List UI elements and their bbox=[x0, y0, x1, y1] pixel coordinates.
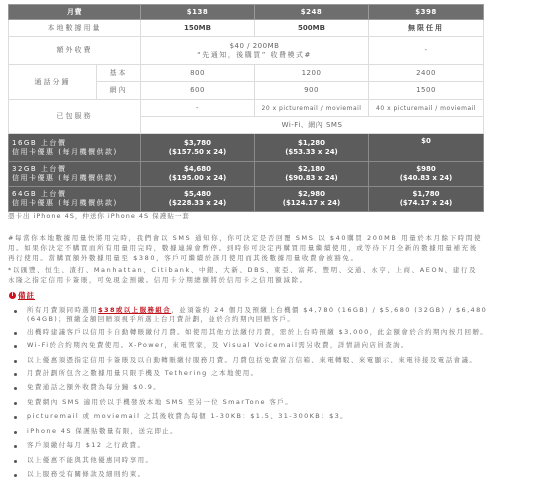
local-data-248: 500MB bbox=[255, 20, 369, 37]
remark-text: 所有月費須同時選用 bbox=[27, 306, 98, 314]
talk-intra-138: 600 bbox=[141, 82, 255, 100]
remark-item: iPhone 4S 保護貼數量有限，送完即止。 bbox=[0, 427, 490, 436]
remark-item: Wi-Fi於合約期內免費使用。X-Power，來電管家，及 Visual Voi… bbox=[0, 341, 490, 350]
remarks-heading: i 備註 bbox=[9, 290, 35, 301]
local-data-label: 本地數據用量 bbox=[9, 20, 141, 37]
talk-minutes-label: 通話分鐘 bbox=[9, 65, 97, 100]
price-total: $4,680 bbox=[141, 165, 254, 174]
talk-intra-398: 1500 bbox=[369, 82, 484, 100]
included-row: 已包服務 - 20 x picturemail / moviemail 40 x… bbox=[9, 100, 484, 117]
price-total: $1,280 bbox=[255, 139, 368, 148]
price-monthly: ($228.33 x 24) bbox=[141, 199, 254, 208]
extra-charge-value: $40 / 200MB “先通知，後購買” 收費模式# bbox=[141, 37, 369, 65]
price-16gb-398: $0 bbox=[369, 134, 484, 162]
credit-card-footnote: *以匯豐、恒生、渣打、Manhattan、Citibank、中銀、大新、DBS、… bbox=[8, 265, 484, 285]
price-16gb-138: $3,780($157.50 x 24) bbox=[141, 134, 255, 162]
monthly-fee-header: 月費 bbox=[9, 5, 141, 20]
price-label-line2: 信用卡優惠 (每月機價供款) bbox=[12, 199, 140, 208]
price-total: $1,780 bbox=[369, 190, 483, 199]
price-row-64gb: 64GB 上台價 信用卡優惠 (每月機價供款) $5,480($228.33 x… bbox=[9, 187, 484, 212]
price-64gb-138: $5,480($228.33 x 24) bbox=[141, 187, 255, 212]
included-shared: Wi-Fi、網內 SMS bbox=[141, 117, 484, 134]
included-248: 20 x picturemail / moviemail bbox=[255, 100, 369, 117]
price-32gb-138: $4,680($195.00 x 24) bbox=[141, 162, 255, 187]
talk-basic-248: 1200 bbox=[255, 65, 369, 82]
remark-item: picturemail 或 moviemail 之其後收費為每個 1-30KB：… bbox=[0, 412, 490, 421]
talk-basic-138: 800 bbox=[141, 65, 255, 82]
plan-138-header: $138 bbox=[141, 5, 255, 20]
price-label-line1: 32GB 上台價 bbox=[12, 165, 140, 174]
price-16gb-248: $1,280($53.33 x 24) bbox=[255, 134, 369, 162]
price-monthly: ($40.83 x 24) bbox=[369, 174, 483, 183]
remark-item: 月費計劃所包含之數據用量只限手機及 Tethering 之本地使用。 bbox=[0, 369, 490, 378]
remark-item: 出機時建議客戶以信用卡自動轉賬繳付月費。如使用其他方法繳付月費，需於上台時預繳 … bbox=[0, 328, 490, 337]
plan-comparison-table: 月費 $138 $248 $398 本地數據用量 150MB 500MB 無限任… bbox=[8, 4, 484, 212]
price-64gb-248: $2,980($124.17 x 24) bbox=[255, 187, 369, 212]
price-64gb-label: 64GB 上台價 信用卡優惠 (每月機價供款) bbox=[9, 187, 141, 212]
talk-intra-248: 900 bbox=[255, 82, 369, 100]
price-total: $3,780 bbox=[141, 139, 254, 148]
included-138: - bbox=[141, 100, 255, 117]
included-label: 已包服務 bbox=[9, 100, 141, 134]
extra-charge-row: 額外收費 $40 / 200MB “先通知，後購買” 收費模式# - bbox=[9, 37, 484, 65]
price-monthly: ($124.17 x 24) bbox=[255, 199, 368, 208]
talk-basic-398: 2400 bbox=[369, 65, 484, 82]
price-monthly: ($157.50 x 24) bbox=[141, 148, 254, 157]
extra-charge-label: 額外收費 bbox=[9, 37, 141, 65]
extra-charge-rate: $40 / 200MB bbox=[141, 42, 368, 51]
price-total: $980 bbox=[369, 165, 483, 174]
price-32gb-398: $980($40.83 x 24) bbox=[369, 162, 484, 187]
remark-item: 免費通話之額外收費為每分鐘 $0.9。 bbox=[0, 383, 490, 392]
remarks-list: 所有月費須同時選用$38或以上服務組合，並須簽約 24 個月及預繳上台機價 $4… bbox=[0, 306, 490, 485]
price-label-line2: 信用卡優惠 (每月機價供款) bbox=[12, 148, 140, 157]
talk-basic-label: 基本 bbox=[97, 65, 141, 82]
price-label-line1: 16GB 上台價 bbox=[12, 139, 140, 148]
remark-item: 免費網內 SMS 適用於以手機發放本地 SMS 至另一位 SmarTone 客戶… bbox=[0, 398, 490, 407]
local-data-row: 本地數據用量 150MB 500MB 無限任用 bbox=[9, 20, 484, 37]
price-monthly: ($195.00 x 24) bbox=[141, 174, 254, 183]
price-monthly: ($90.83 x 24) bbox=[255, 174, 368, 183]
local-data-398: 無限任用 bbox=[369, 20, 484, 37]
price-row-16gb: 16GB 上台價 信用卡優惠 (每月機價供款) $3,780($157.50 x… bbox=[9, 134, 484, 162]
info-circle-icon: i bbox=[9, 292, 16, 299]
remark-item: 所有月費須同時選用$38或以上服務組合，並須簽約 24 個月及預繳上台機價 $4… bbox=[0, 306, 490, 324]
extra-charge-398: - bbox=[369, 37, 484, 65]
price-64gb-398: $1,780($74.17 x 24) bbox=[369, 187, 484, 212]
remarks-title: 備註 bbox=[18, 290, 35, 301]
price-monthly: ($53.33 x 24) bbox=[255, 148, 368, 157]
price-row-32gb: 32GB 上台價 信用卡優惠 (每月機價供款) $4,680($195.00 x… bbox=[9, 162, 484, 187]
remark-item: 以上服務受有關條款及細則約束。 bbox=[0, 470, 490, 479]
extra-charge-mode: “先通知，後購買” 收費模式# bbox=[141, 51, 368, 60]
service-bundle-link[interactable]: $38或以上服務組合 bbox=[98, 306, 171, 314]
price-total: $0 bbox=[369, 137, 483, 146]
price-32gb-label: 32GB 上台價 信用卡優惠 (每月機價供款) bbox=[9, 162, 141, 187]
remark-item: 以上優惠不能與其他優惠同時享用。 bbox=[0, 456, 490, 465]
included-398: 40 x picturemail / moviemail bbox=[369, 100, 484, 117]
plan-248-header: $248 bbox=[255, 5, 369, 20]
price-32gb-248: $2,180($90.83 x 24) bbox=[255, 162, 369, 187]
price-16gb-label: 16GB 上台價 信用卡優惠 (每月機價供款) bbox=[9, 134, 141, 162]
price-total: $5,480 bbox=[141, 190, 254, 199]
local-data-138: 150MB bbox=[141, 20, 255, 37]
remark-item: 以上優惠須憑指定信用卡簽賬及以自動轉賬繳付服務月費。月費包括免費留言信箱、來電轉… bbox=[0, 356, 490, 365]
price-label-line2: 信用卡優惠 (每月機價供款) bbox=[12, 174, 140, 183]
price-total: $2,980 bbox=[255, 190, 368, 199]
price-total: $2,180 bbox=[255, 165, 368, 174]
table-note: 憑卡出 iPhone 4S，仲送你 iPhone 4S 保護貼一套 bbox=[8, 211, 190, 220]
header-row: 月費 $138 $248 $398 bbox=[9, 5, 484, 20]
price-label-line1: 64GB 上台價 bbox=[12, 190, 140, 199]
price-monthly: ($74.17 x 24) bbox=[369, 199, 483, 208]
talk-basic-row: 通話分鐘 基本 800 1200 2400 bbox=[9, 65, 484, 82]
plan-398-header: $398 bbox=[369, 5, 484, 20]
remark-item: 客戶須繳付每月 $12 之行政費。 bbox=[0, 441, 490, 450]
talk-intra-label: 網內 bbox=[97, 82, 141, 100]
data-usage-footnote: #每當你本地數據用量快將用完時，我們會以 SMS 通知你，你可決定是否回覆 SM… bbox=[8, 233, 484, 263]
